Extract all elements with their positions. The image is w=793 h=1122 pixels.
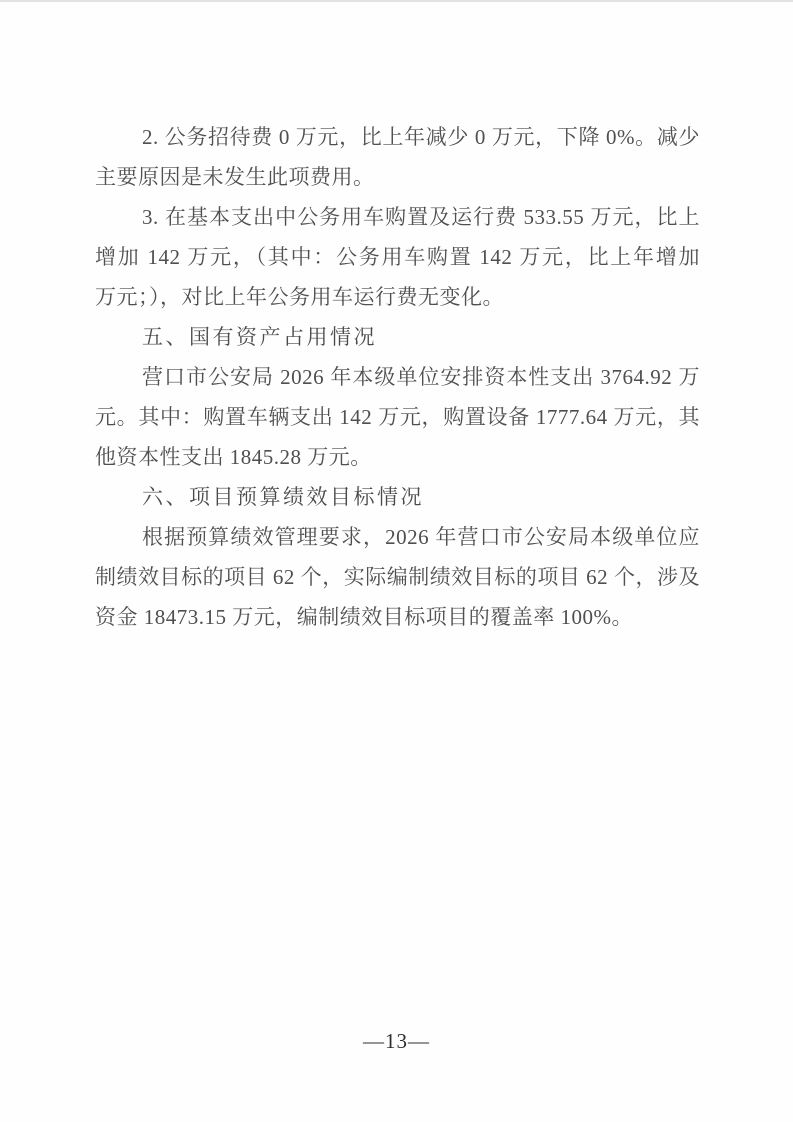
text-line: 资金 18473.15 万元，编制绩效目标项目的覆盖率 100%。 (95, 597, 700, 637)
scanned-document-page: 2. 公务招待费 0 万元，比上年减少 0 万元，下降 0%。减少的 主要原因是… (0, 0, 793, 1122)
section-heading: 六、项目预算绩效目标情况 (95, 477, 700, 517)
paragraph-official-vehicle-expense: 3. 在基本支出中公务用车购置及运行费 533.55 万元，比上年 增加 142… (95, 197, 700, 317)
section-heading: 五、国有资产占用情况 (95, 317, 700, 357)
text-line: 增加 142 万元，（其中：公务用车购置 142 万元，比上年增加 142 (95, 237, 700, 277)
paragraph-official-reception-expense: 2. 公务招待费 0 万元，比上年减少 0 万元，下降 0%。减少的 主要原因是… (95, 117, 700, 197)
text-line: 2. 公务招待费 0 万元，比上年减少 0 万元，下降 0%。减少的 (95, 117, 700, 157)
paragraph-performance-targets-detail: 根据预算绩效管理要求，2026 年营口市公安局本级单位应编 制绩效目标的项目 6… (95, 517, 700, 637)
text-line: 制绩效目标的项目 62 个，实际编制绩效目标的项目 62 个，涉及 (95, 557, 700, 597)
text-line: 3. 在基本支出中公务用车购置及运行费 533.55 万元，比上年 (95, 197, 700, 237)
section-heading-performance-targets: 六、项目预算绩效目标情况 (95, 477, 700, 517)
text-line: 主要原因是未发生此项费用。 (95, 157, 700, 197)
text-line: 元。其中：购置车辆支出 142 万元，购置设备 1777.64 万元，其 (95, 397, 700, 437)
text-line: 营口市公安局 2026 年本级单位安排资本性支出 3764.92 万 (95, 357, 700, 397)
scan-artifact-top-edge (0, 0, 793, 2)
text-line: 他资本性支出 1845.28 万元。 (95, 437, 700, 477)
page-number: —13— (363, 1029, 430, 1053)
paragraph-state-assets-detail: 营口市公安局 2026 年本级单位安排资本性支出 3764.92 万 元。其中：… (95, 357, 700, 477)
text-line: 根据预算绩效管理要求，2026 年营口市公安局本级单位应编 (95, 517, 700, 557)
text-line: 万元；），对比上年公务用车运行费无变化。 (95, 277, 700, 317)
page-footer: —13— (0, 1028, 793, 1054)
document-body: 2. 公务招待费 0 万元，比上年减少 0 万元，下降 0%。减少的 主要原因是… (95, 117, 700, 637)
section-heading-state-assets: 五、国有资产占用情况 (95, 317, 700, 357)
